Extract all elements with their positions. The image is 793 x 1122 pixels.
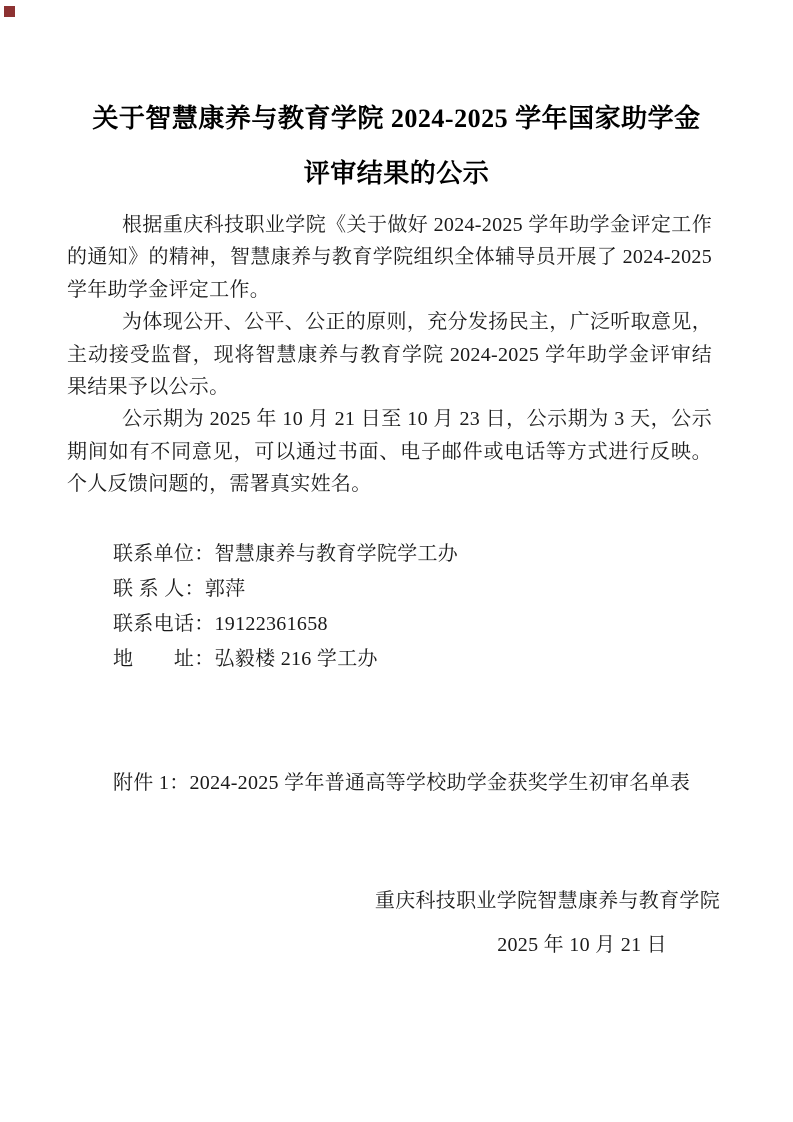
paragraph-principle: 为体现公开、公平、公正的原则，充分发扬民主，广泛听取意见，主动接受监督，现将智慧… <box>67 306 712 403</box>
title-line-1: 关于智慧康养与教育学院 2024-2025 学年国家助学金 <box>40 91 753 146</box>
contact-address-line: 地 址：弘毅楼 216 学工办 <box>113 642 712 677</box>
contact-person-value: 郭萍 <box>205 578 246 600</box>
contact-block: 联系单位：智慧康养与教育学院学工办 联 系 人：郭萍 联系电话：19122361… <box>113 537 712 677</box>
contact-unit-value: 智慧康养与教育学院学工办 <box>215 543 459 565</box>
contact-phone-label: 联系电话： <box>113 613 215 635</box>
attachment-line: 附件 1：2024-2025 学年普通高等学校助学金获奖学生初审名单表 <box>113 767 712 800</box>
contact-address-label: 地 址： <box>113 648 215 670</box>
document-page: 关于智慧康养与教育学院 2024-2025 学年国家助学金 评审结果的公示 根据… <box>0 0 793 1122</box>
contact-person-line: 联 系 人：郭萍 <box>113 572 712 607</box>
paragraph-publicity-period: 公示期为 2025 年 10 月 21 日至 10 月 23 日，公示期为 3 … <box>67 403 712 500</box>
document-title: 关于智慧康养与教育学院 2024-2025 学年国家助学金 评审结果的公示 <box>0 0 793 201</box>
contact-phone-value: 19122361658 <box>215 613 328 635</box>
signature-date: 2025 年 10 月 21 日 <box>0 929 667 962</box>
contact-unit-line: 联系单位：智慧康养与教育学院学工办 <box>113 537 712 572</box>
paragraph-basis: 根据重庆科技职业学院《关于做好 2024-2025 学年助学金评定工作的通知》的… <box>67 209 712 306</box>
contact-person-label: 联 系 人： <box>113 578 205 600</box>
corner-mark <box>4 6 15 17</box>
title-line-2: 评审结果的公示 <box>40 146 753 201</box>
contact-address-value: 弘毅楼 216 学工办 <box>215 648 378 670</box>
signature-block: 重庆科技职业学院智慧康养与教育学院 2025 年 10 月 21 日 <box>0 885 793 962</box>
contact-phone-line: 联系电话：19122361658 <box>113 607 712 642</box>
contact-unit-label: 联系单位： <box>113 543 215 565</box>
document-body: 根据重庆科技职业学院《关于做好 2024-2025 学年助学金评定工作的通知》的… <box>67 209 712 800</box>
signature-org: 重庆科技职业学院智慧康养与教育学院 <box>0 885 720 918</box>
